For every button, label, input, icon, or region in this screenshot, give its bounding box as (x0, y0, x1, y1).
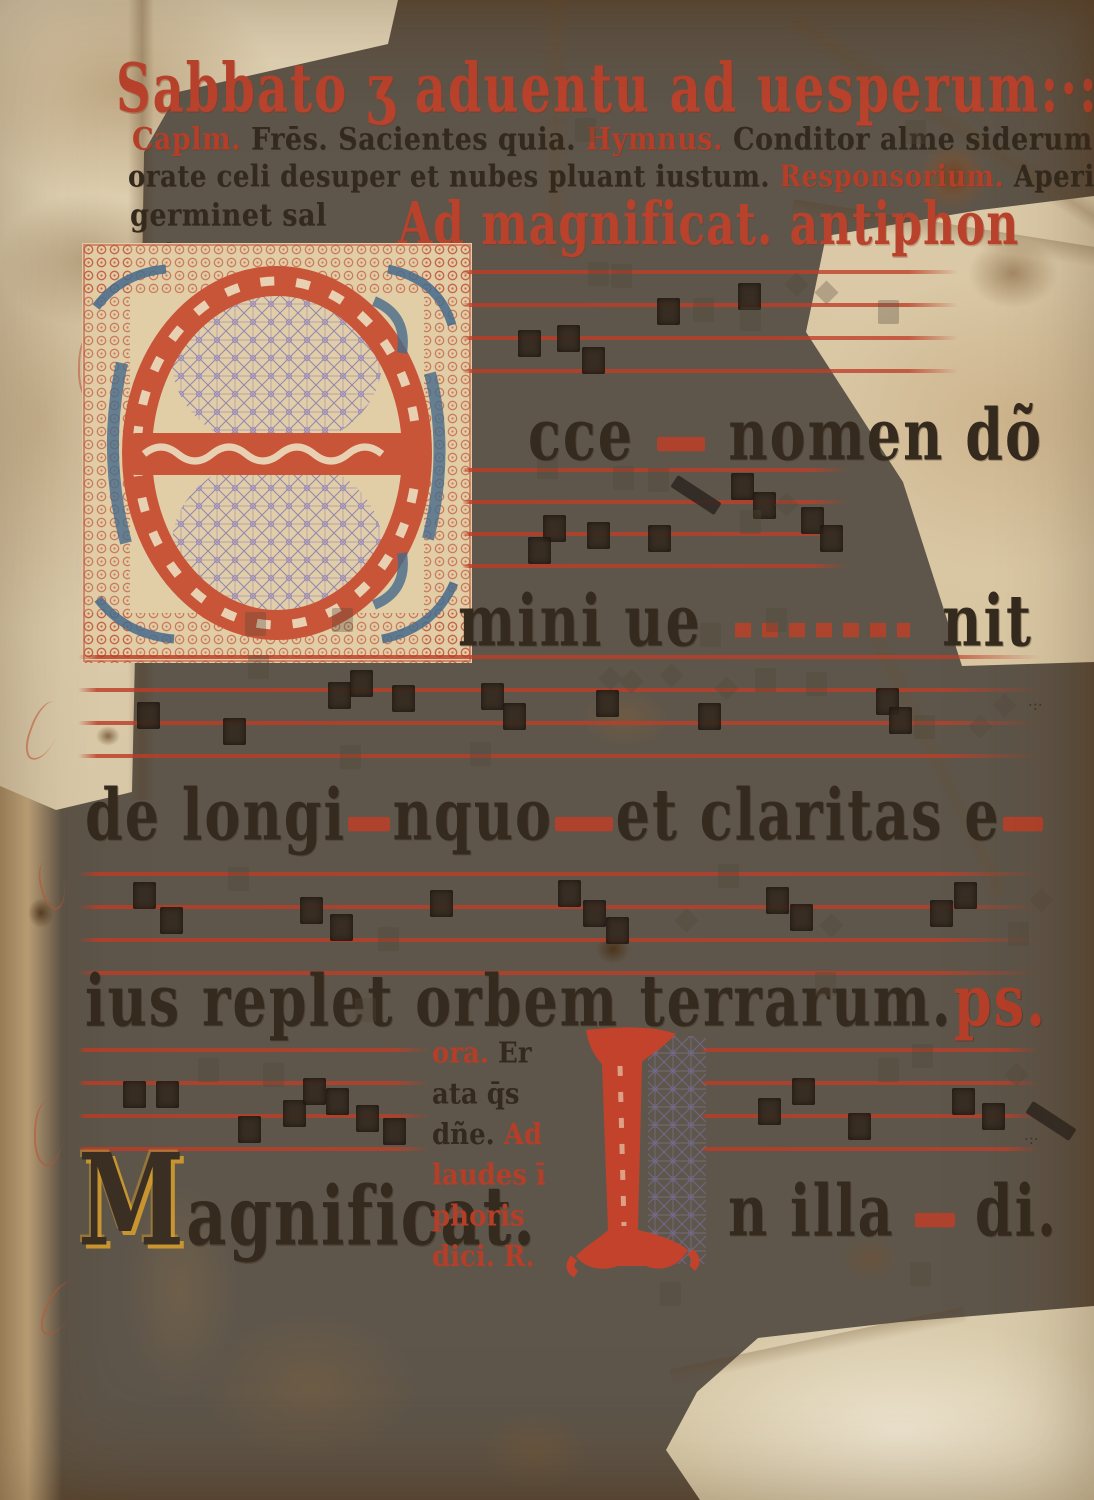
neume (557, 325, 580, 352)
red-filler-mark (915, 1212, 955, 1227)
red-filler-mark (348, 816, 390, 831)
neume (738, 283, 761, 310)
neume (350, 670, 373, 697)
staff-line (700, 1081, 1040, 1085)
side-segment: Er (498, 1037, 532, 1070)
ghost-neume (674, 908, 698, 932)
bleedthrough-mark (700, 623, 721, 647)
ghost-neume (878, 300, 899, 324)
ghost-neume (263, 1063, 284, 1087)
neume (606, 917, 629, 944)
side-line: laudes ī (432, 1156, 572, 1197)
lyric-segment: di. (975, 1168, 1058, 1252)
neume (383, 1118, 406, 1145)
ghost-neume (228, 867, 249, 891)
neume (558, 880, 581, 907)
ghost-neume (774, 492, 798, 516)
chant-lyric-line: mini uenit (458, 578, 1033, 662)
neume (698, 703, 721, 730)
red-filler-mark (555, 816, 613, 831)
rubric-segment: Aperiatur terra : (1014, 160, 1094, 195)
ghost-neume (1008, 922, 1029, 946)
ghost-neume (248, 655, 269, 679)
side-line: phoris (432, 1197, 572, 1238)
music-staff (700, 1048, 1040, 1151)
neume (766, 887, 789, 914)
lyric-segment: nomen dõ (728, 392, 1043, 476)
neume (889, 707, 912, 734)
music-staff (78, 655, 1040, 758)
margin-doodle (35, 1277, 83, 1341)
chant-lyric-line: n illadi. (728, 1168, 1058, 1252)
ghost-neume (914, 715, 935, 739)
neume (758, 1098, 781, 1125)
rubric-segment: Frēs. Sacientes quia. (251, 122, 586, 158)
ghost-neume (740, 510, 761, 534)
neume (792, 1078, 815, 1105)
ghost-neume (611, 264, 632, 288)
lyric-segment: de longi (85, 772, 346, 856)
music-staff (462, 468, 848, 568)
neume (952, 1088, 975, 1115)
heading-rubric: Sabbato ʒ aduentu ad uesperum:·: (116, 50, 1094, 128)
neume (430, 890, 453, 917)
bleedthrough-mark (355, 998, 376, 1022)
neume (982, 1103, 1005, 1130)
rubric-line: Caplm. Frēs. Sacientes quia. Hymnus. Con… (132, 122, 1094, 158)
chant-lyric-line: ccenomen dõ (528, 392, 1043, 476)
staff-line (78, 938, 1040, 942)
neume (503, 703, 526, 730)
lyric-segment: mini ue (458, 578, 702, 662)
ghost-neume (878, 1058, 899, 1082)
rubric-segment: Caplm. (132, 122, 251, 158)
neume (238, 1116, 261, 1143)
neume (300, 897, 323, 924)
margin-doodle (34, 1100, 64, 1166)
ghost-neume (740, 307, 761, 331)
side-rubric-column: ora. Er ata q̄s dñe. Ad laudes ī phoris … (432, 1034, 572, 1278)
ghost-neume (198, 1058, 219, 1082)
red-filler-mark (1003, 816, 1043, 831)
bleedthrough-mark (910, 1262, 931, 1286)
neume (954, 882, 977, 909)
staff-line (462, 270, 958, 274)
ghost-neume (714, 676, 738, 700)
bleedthrough-mark (766, 608, 787, 632)
neume (223, 718, 246, 745)
neume (356, 1105, 379, 1132)
ghost-neume (784, 272, 808, 296)
staff-line (700, 1048, 1040, 1052)
lyric-segment: nquo (393, 772, 553, 856)
staff-line (78, 754, 1040, 758)
magnificat-rubric: Ad magnificat. antiphon (398, 190, 1019, 259)
ghost-neume (378, 927, 399, 951)
neume (392, 685, 415, 712)
staff-line (78, 1048, 430, 1052)
neume (330, 914, 353, 941)
manuscript-page: ·:· ·:· Sabbato ʒ aduentu ad uesperum:·:… (0, 0, 1094, 1500)
neume (123, 1081, 146, 1108)
ghost-neume (755, 668, 776, 692)
patch-edge (670, 1307, 967, 1385)
bleedthrough-mark (245, 612, 266, 636)
neume (481, 683, 504, 710)
neume (731, 473, 754, 500)
neume (583, 900, 606, 927)
neume (657, 298, 680, 325)
neume (648, 525, 671, 552)
neume (848, 1113, 871, 1140)
neume (1025, 1101, 1076, 1141)
ghost-neume (693, 298, 714, 322)
music-staff (462, 270, 958, 373)
neume (326, 1088, 349, 1115)
bleedthrough-mark (905, 120, 926, 144)
staff-line (78, 872, 1040, 876)
red-filler-mark (657, 436, 705, 451)
red-filler-dots (735, 622, 910, 637)
side-line: ora. Er (432, 1034, 572, 1075)
neume (582, 347, 605, 374)
neume (528, 537, 551, 564)
lyric-segment: ius replet orbem terrarum. (85, 958, 953, 1042)
staff-line (700, 1147, 1040, 1151)
neume (596, 690, 619, 717)
psalm-incipit: ps. (954, 958, 1047, 1042)
rubric-line: germinet sal (130, 198, 327, 234)
neume (790, 904, 813, 931)
side-line: dici. R. (432, 1238, 572, 1279)
bleedthrough-mark (660, 1282, 681, 1306)
margin-doodle (20, 697, 68, 765)
bleedthrough-mark (470, 742, 491, 766)
neume (133, 882, 156, 909)
side-line: dñe. Ad (432, 1115, 572, 1156)
ghost-neume (598, 666, 622, 690)
rubric-segment: Hymnus. (586, 122, 733, 158)
staff-line (462, 369, 958, 373)
bleedthrough-mark (332, 608, 353, 632)
neume (820, 525, 843, 552)
ghost-neume (968, 714, 992, 738)
side-segment: dñe. (432, 1119, 504, 1152)
bleedthrough-mark (340, 745, 361, 769)
neume (137, 702, 160, 729)
lyric-segment: nit (942, 578, 1033, 662)
ghost-neume (912, 1044, 933, 1068)
neume (518, 330, 541, 357)
lyric-segment: et claritas e (616, 772, 1001, 856)
ghost-neume (718, 864, 739, 888)
neume (303, 1078, 326, 1105)
neume (328, 682, 351, 709)
bleedthrough-mark (575, 118, 596, 142)
ghost-neume (992, 693, 1016, 717)
ghost-neume (588, 262, 609, 286)
neume (587, 522, 610, 549)
lyric-segment: cce (528, 392, 634, 476)
staff-line (462, 564, 848, 568)
neume (670, 475, 721, 515)
ghost-neume (814, 280, 838, 304)
side-segment: ora. (432, 1037, 498, 1070)
ghost-neume (659, 663, 683, 687)
stain (480, 1410, 590, 1490)
neume (156, 1081, 179, 1108)
lyric-segment: n illa (728, 1168, 895, 1252)
illuminated-initial-E (82, 243, 472, 663)
chant-lyric-line: de longinquoet claritas e (85, 772, 1043, 856)
ghost-neume (806, 672, 827, 696)
ghost-neume (819, 913, 843, 937)
neume (160, 907, 183, 934)
side-segment: Ad (504, 1119, 542, 1152)
red-initial-I (556, 1026, 740, 1278)
neume (930, 900, 953, 927)
side-line: ata q̄s (432, 1075, 572, 1116)
bleedthrough-mark (815, 972, 836, 996)
